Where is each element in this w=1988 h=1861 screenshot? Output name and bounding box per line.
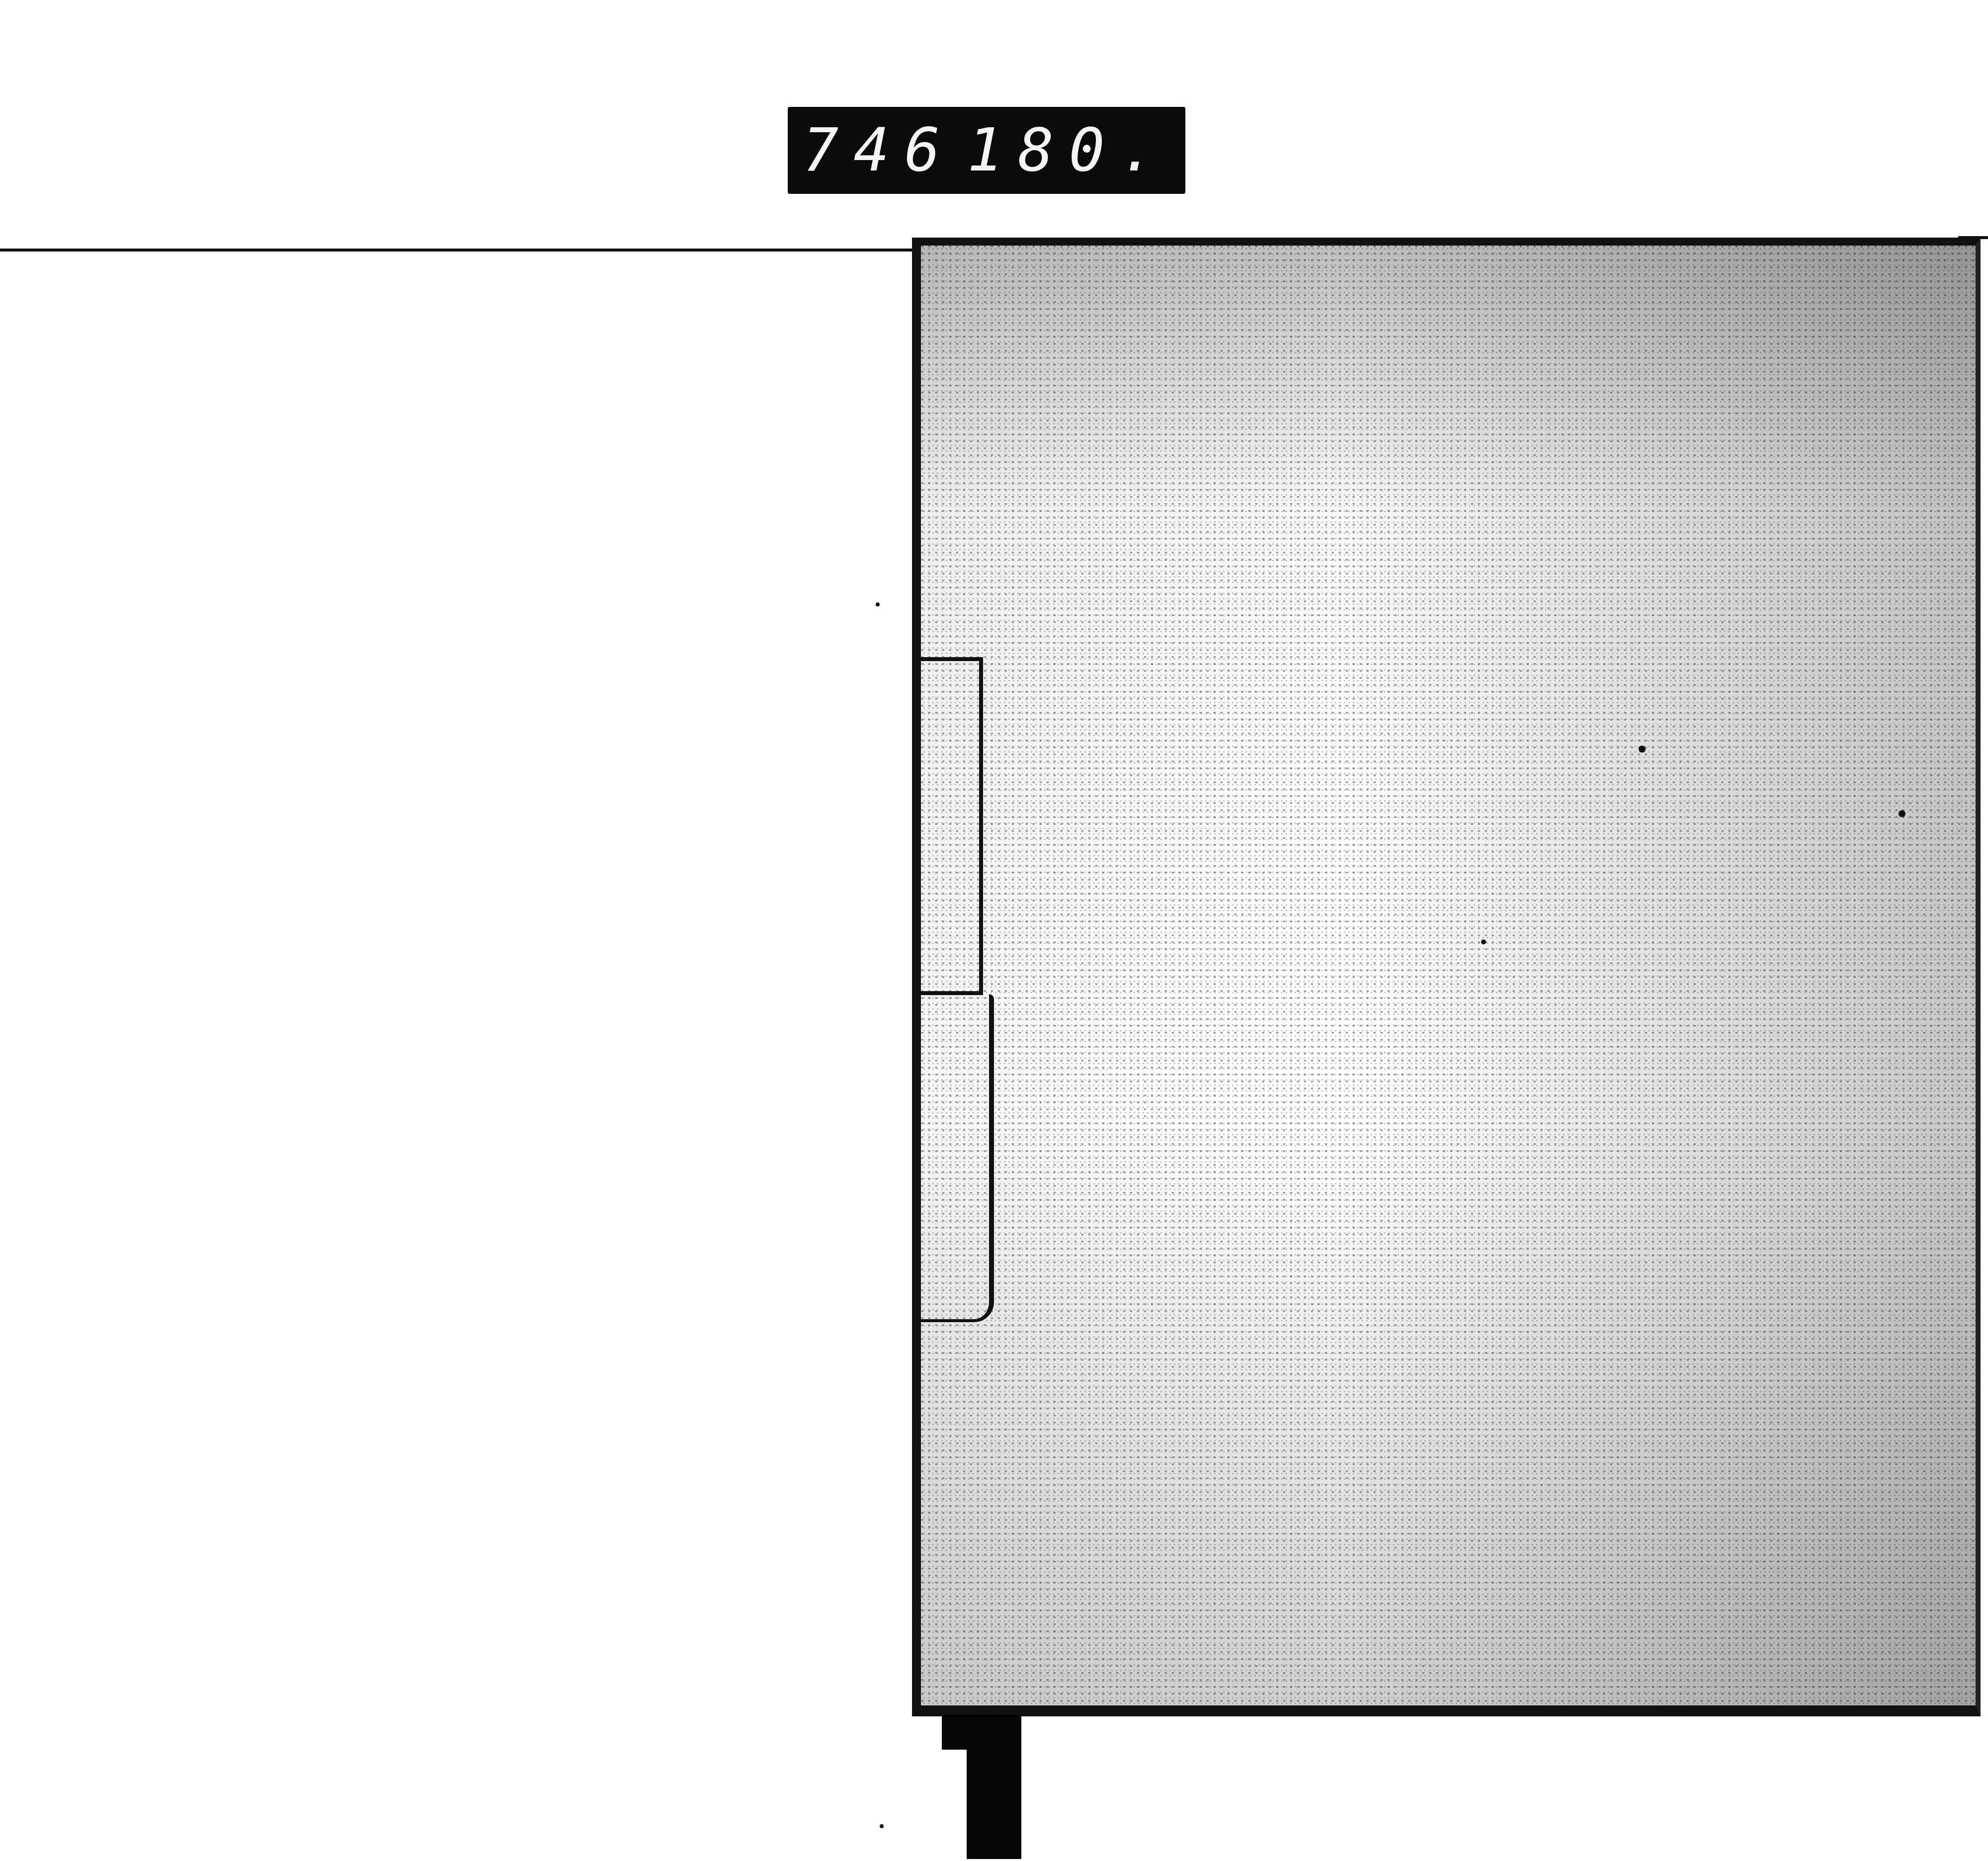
- counter-right-number: 180.: [967, 121, 1170, 180]
- scan-speck: [880, 1824, 884, 1828]
- scan-speck: [1481, 939, 1486, 944]
- spine-panel-lower: [919, 994, 994, 1322]
- book-cover: [912, 238, 1981, 1716]
- scan-speck: [876, 602, 880, 606]
- spine-panel-upper: [918, 657, 983, 995]
- binding-tab: [967, 1715, 1021, 1859]
- scan-speck: [1899, 810, 1905, 817]
- scan-edge-line: [0, 249, 914, 252]
- frame-counter-label: 746 180.: [788, 107, 1185, 194]
- scan-speck: [1639, 746, 1646, 753]
- counter-left-number: 746: [803, 121, 955, 180]
